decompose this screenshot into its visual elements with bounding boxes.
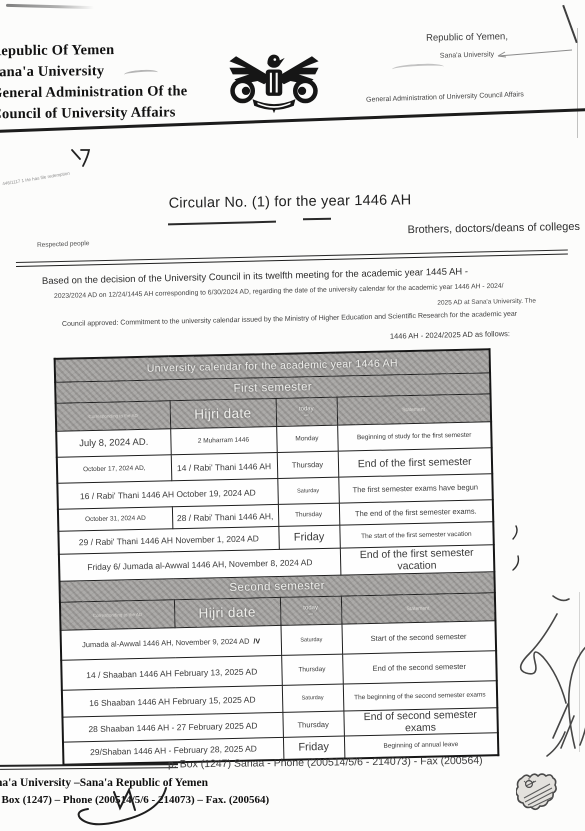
margin-stamp-note: 446/1117 1 He has file redemption: [2, 171, 70, 187]
cell-gregorian: October 17, 2024 AD,: [57, 455, 172, 483]
cell-statement: Start of the second semester: [341, 621, 496, 654]
respected-people-note: Respected people: [37, 240, 90, 249]
col-header-statement: Statement: [337, 394, 492, 425]
cell-day: Friday: [278, 525, 339, 549]
cell-combined-date: Jumada al-Awwal 1446 AH, November 9, 202…: [61, 625, 282, 660]
cell-hijri: 28 / Rabi' Thani 1446 AH,: [172, 504, 278, 528]
body-line: 2025 AD at Sana'a University. The: [250, 298, 536, 311]
cell-statement: The start of the first semester vacation: [339, 522, 493, 548]
title-underline: [168, 221, 276, 226]
footer-rule: [0, 763, 178, 770]
col-header-gregorian: Corresponding to the AD: [60, 600, 175, 630]
body-line: 1446 AH - 2024/2025 AD as follows:: [248, 329, 510, 344]
cell-day: Thursday: [277, 451, 339, 478]
cell-statement: Beginning of study for the first semeste…: [337, 422, 492, 451]
page-edge-line: [577, 28, 578, 138]
cell-hijri: 2 Muharram 1446: [170, 426, 277, 454]
cell-day: Saturday: [280, 624, 342, 655]
cell-day: Thursday: [278, 503, 339, 526]
scan-smudge: [6, 4, 94, 9]
cell-day: Monday: [276, 425, 338, 452]
cell-statement: End of the second semester: [342, 651, 497, 684]
pen-checkmark: [508, 524, 524, 574]
cell-gregorian: July 8, 2024 AD.: [56, 429, 171, 457]
cell-statement: End of the first semester vacation: [340, 545, 495, 575]
handwritten-swoosh: [48, 782, 178, 831]
col-header-hijri: Hijri date: [170, 398, 277, 428]
letterhead-line: Sana'a University: [0, 60, 241, 84]
col-header-statement: Statement: [341, 593, 496, 624]
cell-statement: End of second semester exams: [343, 708, 498, 736]
university-calendar-table: University calendar for the academic yea…: [54, 348, 500, 765]
cell-statement: End of the first semester: [338, 448, 493, 477]
pen-squiggle: [392, 63, 444, 74]
col-header-gregorian: Corresponding to the AD: [56, 401, 171, 431]
letterhead-line: Republic Of Yemen: [0, 39, 241, 63]
cell-hijri: 14 / Rabi' Thani 1446 AH: [171, 452, 278, 480]
col-header-day: todayـــ: [280, 596, 342, 625]
handwritten-number: [68, 146, 94, 170]
cell-day: Saturday: [277, 477, 339, 504]
cell-gregorian: October 31, 2024 AD: [58, 507, 172, 531]
page-title: Circular No. (1) for the year 1446 AH: [120, 192, 460, 213]
scanned-circular-document: Republic Of Yemen Sana'a University Gene…: [0, 0, 585, 831]
body-line: 2023/2024 AD on 12/24/1445 AH correspond…: [54, 283, 504, 300]
cell-day: Thursday: [282, 711, 344, 737]
cell-day: Thursday: [281, 654, 343, 685]
letterhead-line: Republic of Yemen,: [357, 30, 577, 45]
handwritten-mark: /V: [249, 638, 260, 645]
cell-statement: The first semester exams have begun: [338, 474, 493, 503]
stamp-shield-icon: [516, 772, 560, 816]
addressees-line: Brothers, doctors/deans of colleges: [250, 221, 580, 239]
cell-combined-date: 14 / Shaaban 1446 AH February 13, 2025 A…: [61, 655, 282, 690]
letterhead-line: General Administration Of the: [0, 81, 241, 105]
letterhead-line: General Administration of University Cou…: [295, 89, 585, 106]
title-dash: [303, 218, 331, 220]
col-header-day: todayـــ: [276, 397, 338, 426]
body-line: Council approved: Commitment to the univ…: [62, 311, 517, 328]
col-header-hijri: Hijri date: [174, 597, 281, 627]
handwritten-signature: [495, 588, 585, 760]
pen-arrow-line: [494, 46, 576, 62]
body-line: Based on the decision of the University …: [42, 266, 468, 287]
letterhead-left: Republic Of Yemen Sana'a University Gene…: [0, 39, 241, 126]
double-rule: [16, 249, 568, 267]
cell-day: Saturday: [282, 684, 344, 712]
cell-statement: The beginning of the second semester exa…: [343, 681, 498, 711]
